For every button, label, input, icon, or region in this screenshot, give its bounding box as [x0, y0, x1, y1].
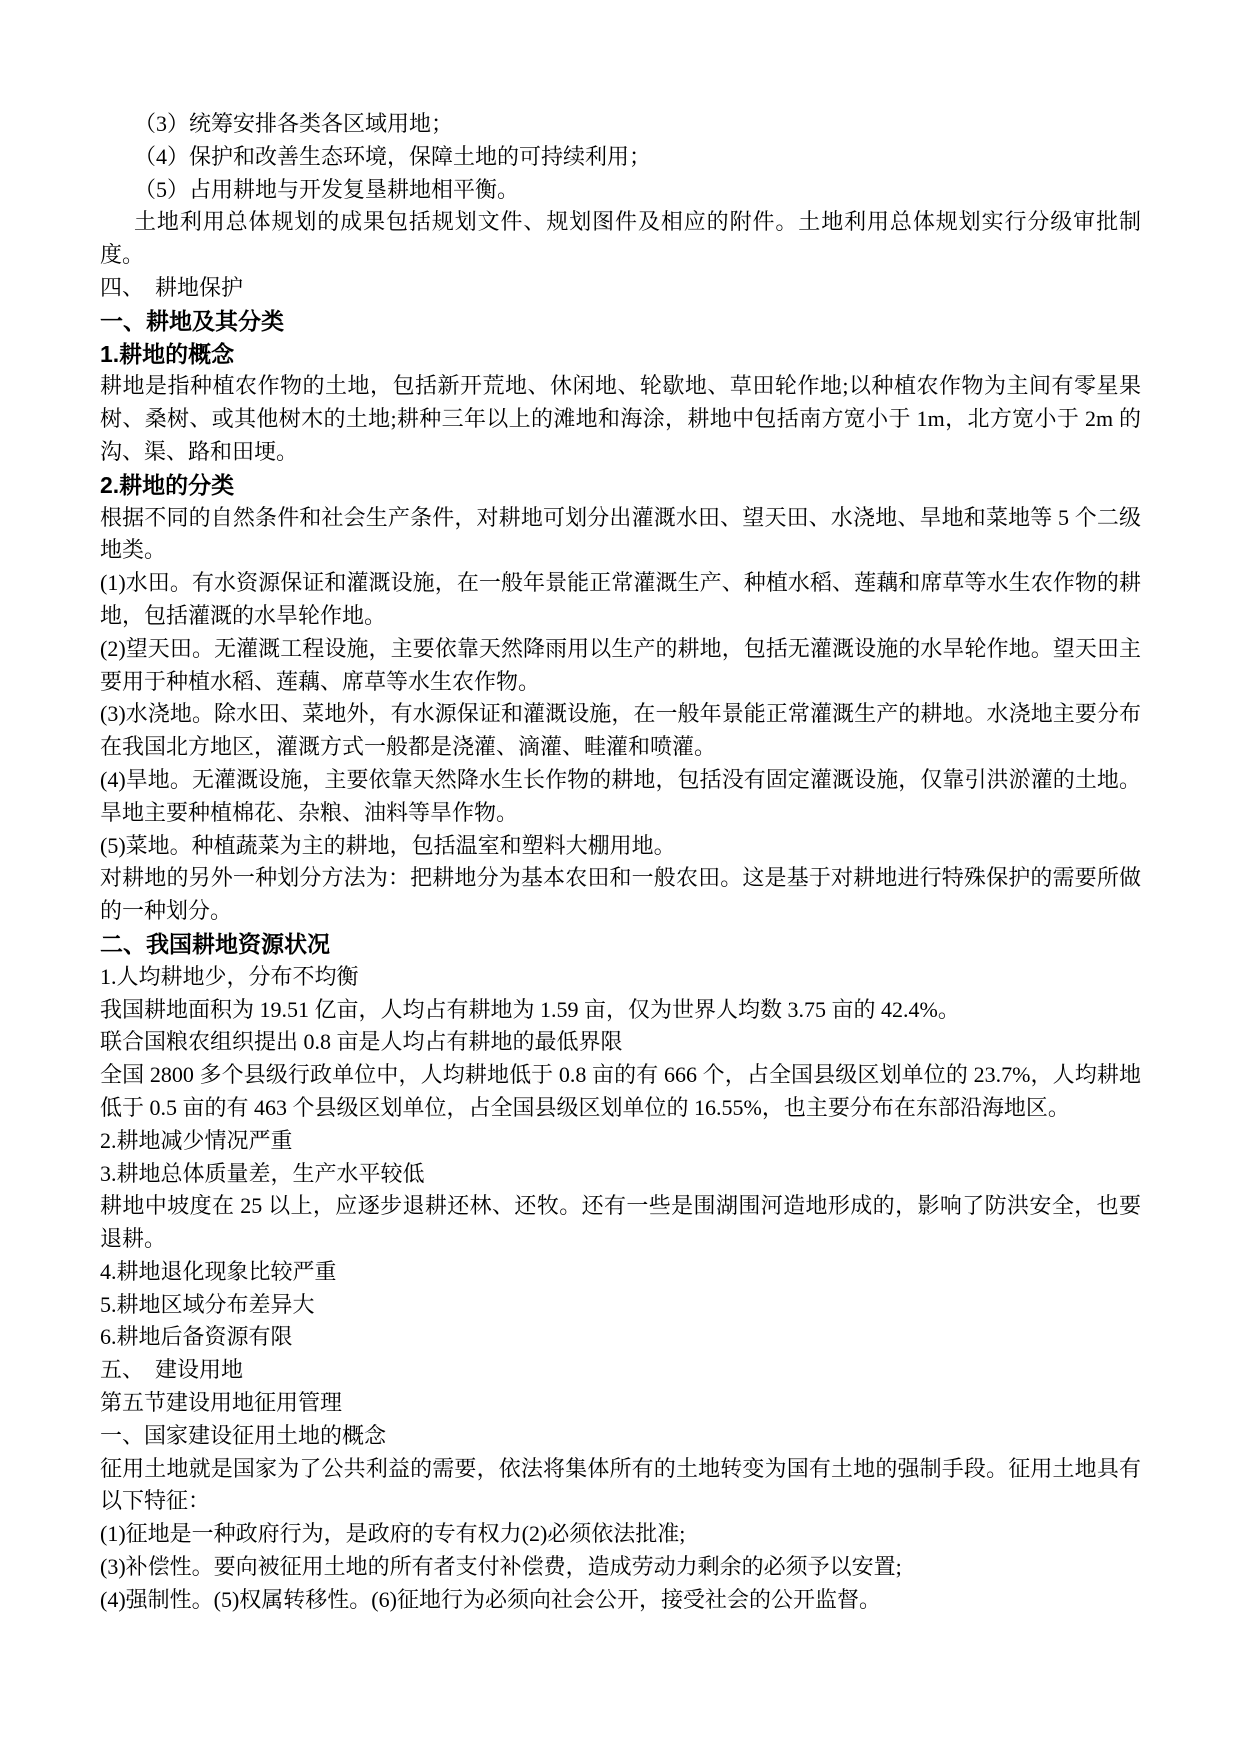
para-requisition-concept-title: 一、国家建设征用土地的概念	[100, 1420, 1141, 1453]
subheading-classification-of-cultivated-land: 2.耕地的分类	[100, 469, 1141, 502]
para-chapter-5-requisition: 第五节建设用地征用管理	[100, 1387, 1141, 1420]
item-low-quality: 3.耕地总体质量差，生产水平较低	[100, 1158, 1141, 1191]
item-per-capita-shortage: 1.人均耕地少，分布不均衡	[100, 961, 1141, 994]
list-item-overall-planning-4: （4）保护和改善生态环境，保障土地的可持续利用；	[100, 141, 1141, 174]
para-fao-minimum: 联合国粮农组织提出 0.8 亩是人均占有耕地的最低界限	[100, 1026, 1141, 1059]
para-paddy-field: (1)水田。有水资源保证和灌溉设施，在一般年景能正常灌溉生产、种植水稻、莲藕和席…	[100, 567, 1141, 633]
list-item-overall-planning-3: （3）统筹安排各类各区域用地；	[100, 108, 1141, 141]
para-concept-definition: 耕地是指种植农作物的土地，包括新开荒地、休闲地、轮歇地、草田轮作地;以种植农作物…	[100, 370, 1141, 468]
para-rainfed-field: (2)望天田。无灌溉工程设施，主要依靠天然降雨用以生产的耕地，包括无灌溉设施的水…	[100, 633, 1141, 699]
section-title-4-land-protection: 四、 耕地保护	[100, 272, 1141, 305]
para-area-statistics: 我国耕地面积为 19.51 亿亩，人均占有耕地为 1.59 亩，仅为世界人均数 …	[100, 994, 1141, 1027]
heading-1-cultivated-land-classification: 一、耕地及其分类	[100, 305, 1141, 338]
para-alternative-classification: 对耕地的另外一种划分方法为：把耕地分为基本农田和一般农田。这是基于对耕地进行特殊…	[100, 862, 1141, 928]
para-vegetable-land: (5)菜地。种植蔬菜为主的耕地，包括温室和塑料大棚用地。	[100, 830, 1141, 863]
document-page: （3）统筹安排各类各区域用地； （4）保护和改善生态环境，保障土地的可持续利用；…	[0, 0, 1241, 1754]
section-title-5-construction-land: 五、 建设用地	[100, 1354, 1141, 1387]
para-dry-land: (4)旱地。无灌溉设施，主要依靠天然降水生长作物的耕地，包括没有固定灌溉设施，仅…	[100, 764, 1141, 830]
item-degradation: 4.耕地退化现象比较严重	[100, 1256, 1141, 1289]
item-regional-difference: 5.耕地区域分布差异大	[100, 1289, 1141, 1322]
para-slope-retirement: 耕地中坡度在 25 以上，应逐步退耕还林、还牧。还有一些是围湖围河造地形成的，影…	[100, 1190, 1141, 1256]
heading-2-land-resource-status: 二、我国耕地资源状况	[100, 928, 1141, 961]
para-classification-intro: 根据不同的自然条件和社会生产条件，对耕地可划分出灌溉水田、望天田、水浇地、旱地和…	[100, 502, 1141, 568]
para-irrigated-land: (3)水浇地。除水田、菜地外，有水源保证和灌溉设施，在一般年景能正常灌溉生产的耕…	[100, 698, 1141, 764]
list-item-overall-planning-5: （5）占用耕地与开发复垦耕地相平衡。	[100, 174, 1141, 207]
para-requisition-feature-3: (3)补偿性。要向被征用土地的所有者支付补偿费，造成劳动力剩余的必须予以安置;	[100, 1551, 1141, 1584]
item-limited-reserve: 6.耕地后备资源有限	[100, 1321, 1141, 1354]
para-requisition-features-4-6: (4)强制性。(5)权属转移性。(6)征地行为必须向社会公开，接受社会的公开监督…	[100, 1584, 1141, 1617]
subheading-concept-of-cultivated-land: 1.耕地的概念	[100, 338, 1141, 371]
para-requisition-definition: 征用土地就是国家为了公共利益的需要，依法将集体所有的土地转变为国有土地的强制手段…	[100, 1453, 1141, 1519]
para-planning-results: 土地利用总体规划的成果包括规划文件、规划图件及相应的附件。土地利用总体规划实行分…	[100, 206, 1141, 272]
item-land-decrease: 2.耕地减少情况严重	[100, 1125, 1141, 1158]
para-requisition-features-1-2: (1)征地是一种政府行为，是政府的专有权力(2)必须依法批准;	[100, 1518, 1141, 1551]
para-county-statistics: 全国 2800 多个县级行政单位中，人均耕地低于 0.8 亩的有 666 个，占…	[100, 1059, 1141, 1125]
